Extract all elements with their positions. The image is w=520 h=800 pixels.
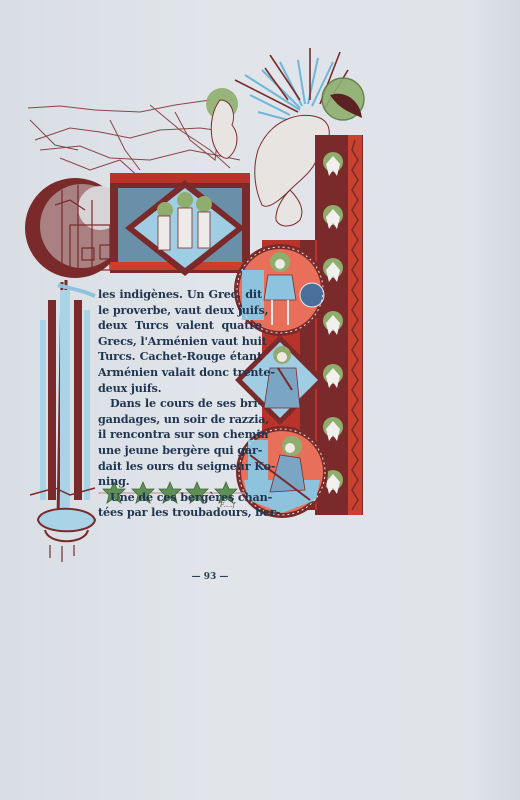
text-line: une jeune bergère qui gar- (98, 443, 262, 459)
text-line: Turcs. Cachet-Rouge étant (98, 349, 262, 365)
text-line: Grecs, l'Arménien vaut huit (98, 334, 262, 350)
text-line: Une de ces bergères chan- (98, 490, 262, 506)
text-line: Arménien valait donc trente- (98, 365, 262, 381)
body-text: les indigènes. Un Grec, dit le proverbe,… (98, 287, 262, 521)
left-column-fountain (30, 280, 95, 562)
text-line: il rencontra sur son chemin (98, 427, 262, 443)
text-line: tées par les troubadours, ber- (98, 505, 262, 521)
book-page: F.....f les indigènes. Un Grec, dit le p… (0, 0, 520, 800)
text-line: le proverbe, vaut deux juifs, (98, 303, 262, 319)
text-line: Dans le cours de ses bri- (98, 396, 262, 412)
text-line: deux Turcs valent quatre (98, 318, 262, 334)
text-line: gandages, un soir de razzia, (98, 412, 262, 428)
text-line: deux juifs. (98, 381, 262, 397)
text-line: ning. (98, 474, 262, 490)
text-line: dait les ours du seigneur Ko- (98, 459, 262, 475)
page-number: — 93 — (188, 572, 232, 582)
text-line: les indigènes. Un Grec, dit (98, 287, 262, 303)
